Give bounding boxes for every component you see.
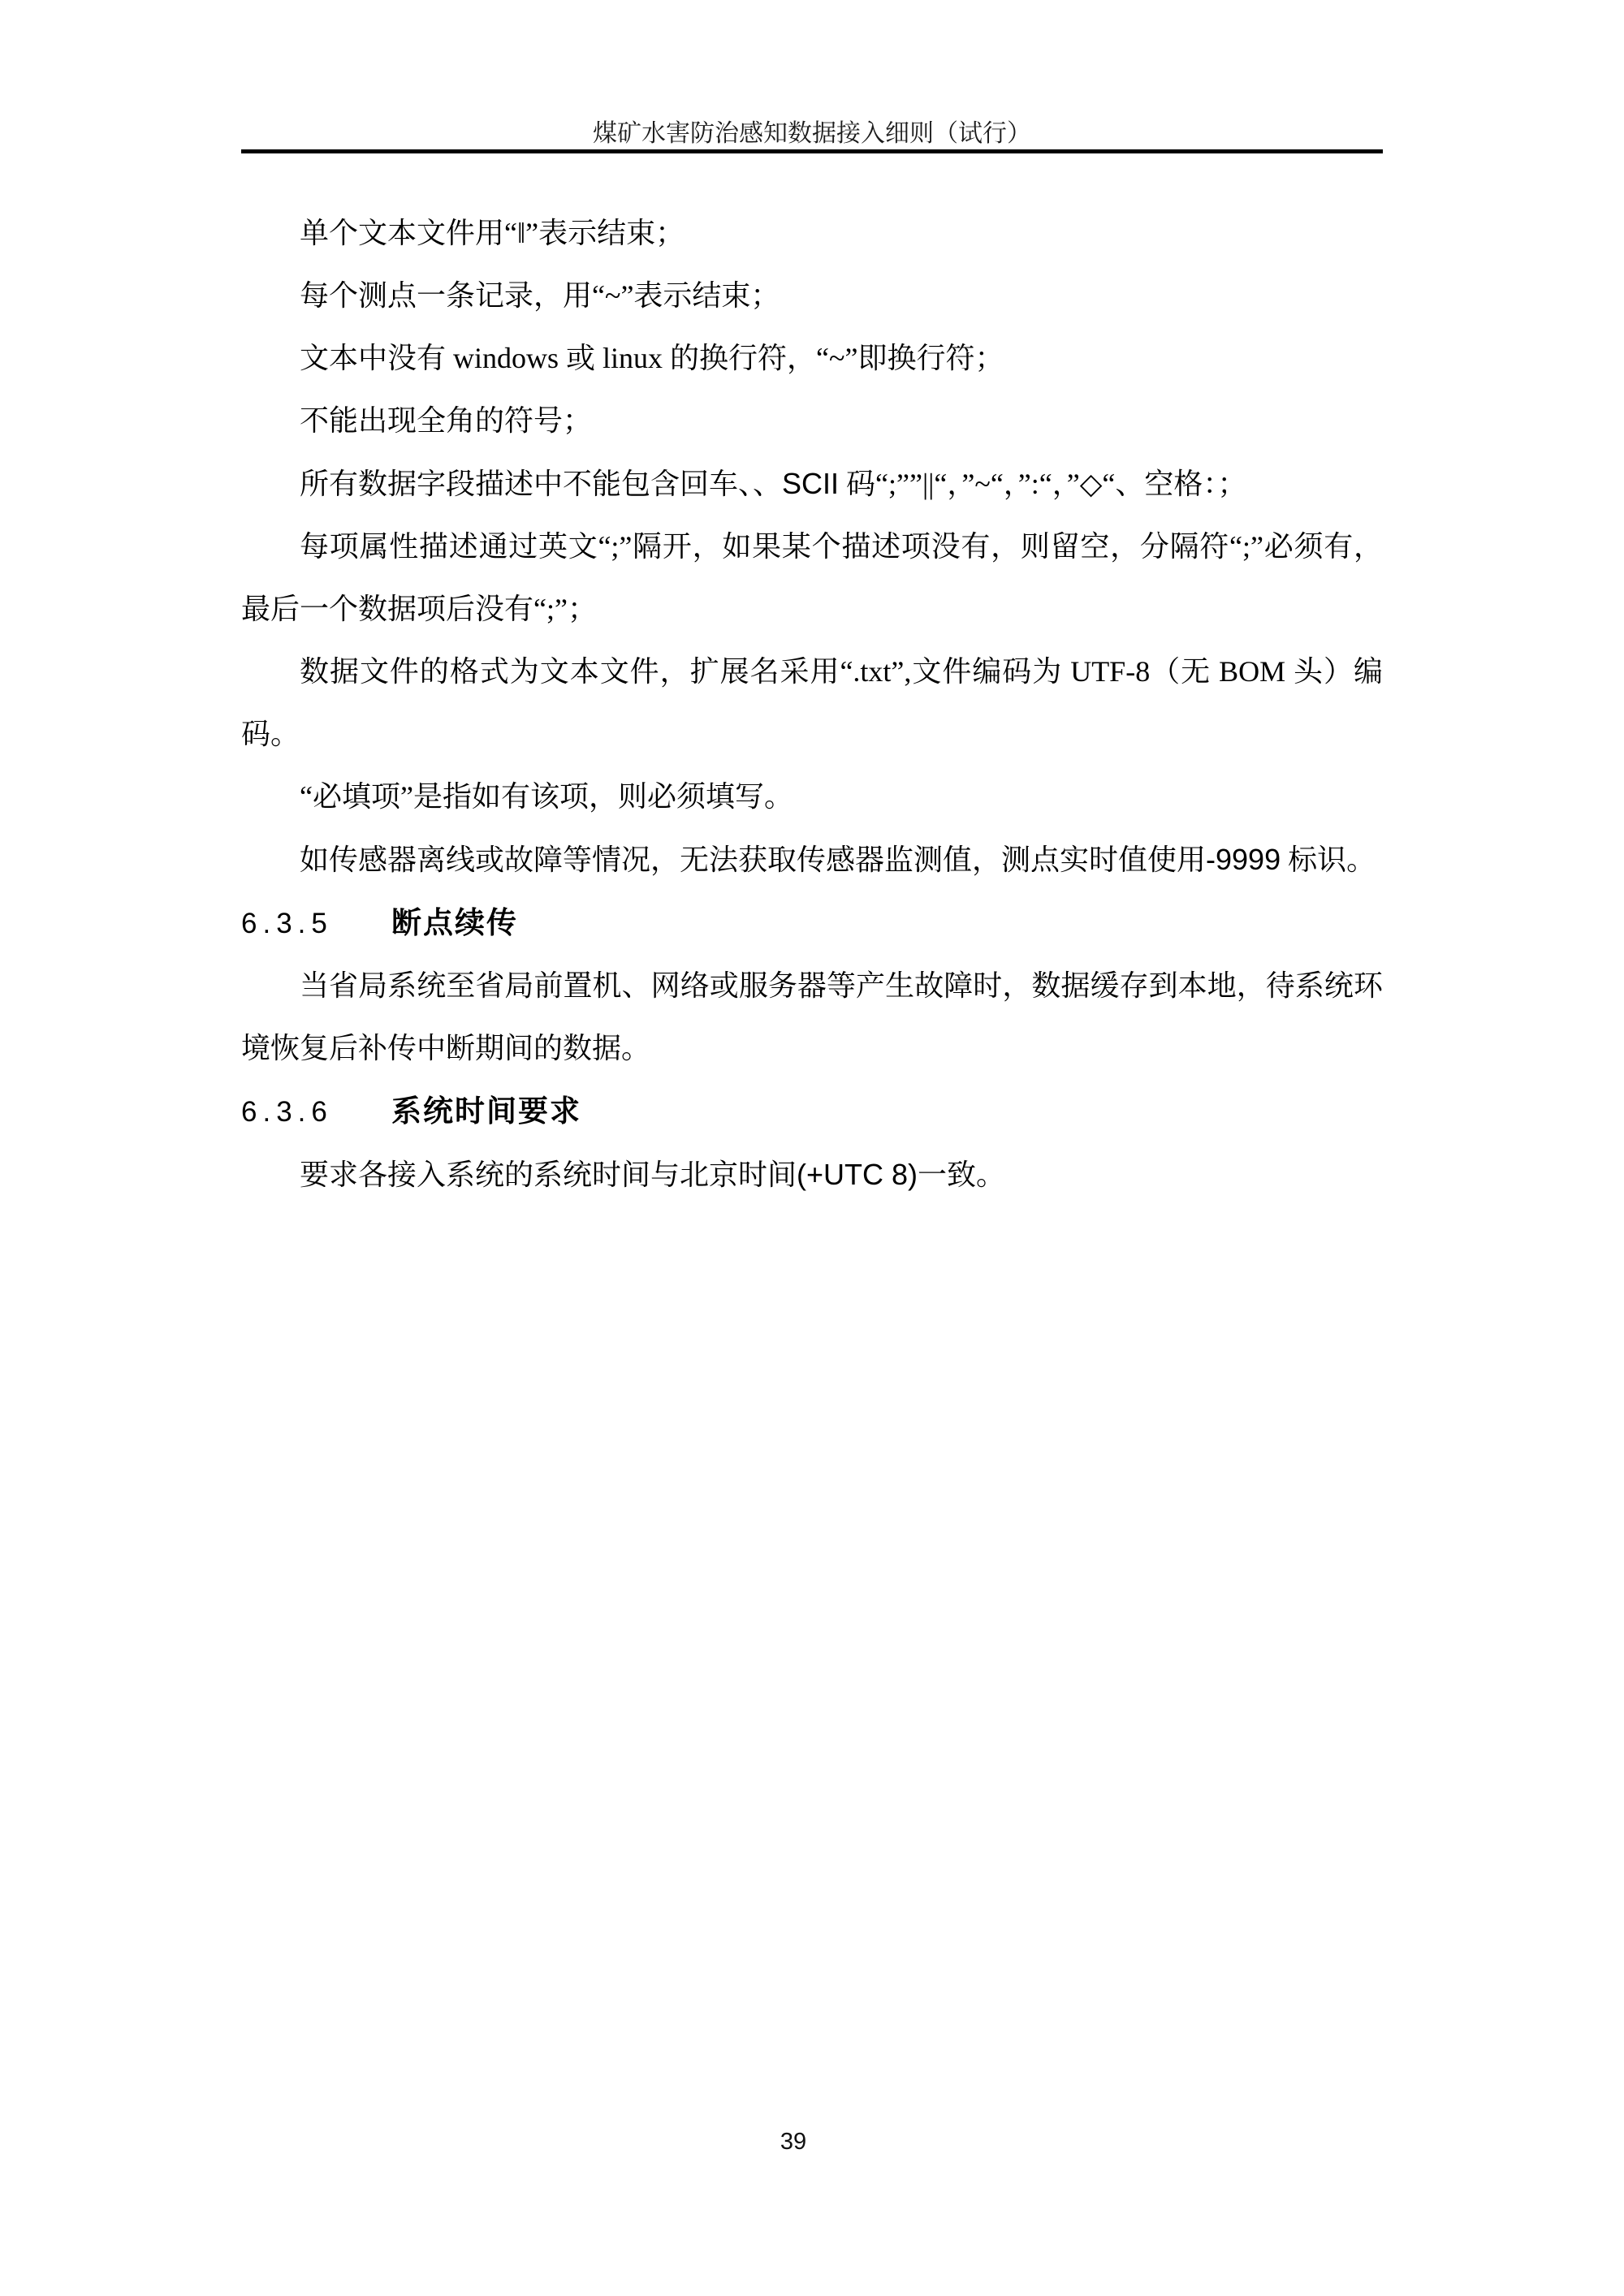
paragraph: 要求各接入系统的系统时间与北京时间(+UTC 8)一致。 [241, 1143, 1383, 1206]
text-run: 数据文件的格式为文本文件，扩展名采用“.txt”,文件编码为 UTF-8（无 B… [241, 655, 1383, 750]
section-heading: 6.3.5断点续传 [241, 891, 1383, 955]
text-run: 所有数据字段描述中不能包含回车、、 [300, 468, 782, 500]
paragraph: 每个测点一条记录，用“~”表示结束； [241, 265, 1383, 327]
text-run: 当省局系统至省局前置机、网络或服务器等产生故障时，数据缓存到本地，待系统环境恢复… [241, 969, 1383, 1064]
text-run: 每项属性描述通过英文“;”隔开，如果某个描述项没有，则留空，分隔符“;”必须有，… [241, 530, 1383, 625]
text-run: SCII [782, 467, 839, 500]
paragraph: 不能出现全角的符号； [241, 390, 1383, 452]
section-title: 断点续传 [391, 906, 518, 939]
section-heading: 6.3.6系统时间要求 [241, 1080, 1383, 1143]
paragraph: 如传感器离线或故障等情况，无法获取传感器监测值，测点实时值使用-9999 标识。 [241, 828, 1383, 891]
paragraph: 数据文件的格式为文本文件，扩展名采用“.txt”,文件编码为 UTF-8（无 B… [241, 641, 1383, 766]
page-number: 39 [241, 2129, 1345, 2156]
paragraph: 当省局系统至省局前置机、网络或服务器等产生故障时，数据缓存到本地，待系统环境恢复… [241, 955, 1383, 1080]
paragraph: 单个文本文件用“‖”表示结束； [241, 202, 1383, 265]
header-rule [241, 149, 1383, 153]
paragraph: “必填项”是指如有该项，则必须填写。 [241, 766, 1383, 828]
text-run: 单个文本文件用“‖”表示结束； [300, 217, 685, 249]
text-run: 一致。 [918, 1159, 1005, 1191]
text-run: (+UTC 8) [797, 1158, 918, 1191]
text-run: 标识。 [1281, 844, 1376, 876]
text-run: 文本中没有 windows 或 linux 的换行符，“~”即换行符； [300, 342, 1004, 374]
section-number: 6.3.5 [241, 892, 391, 955]
section-number: 6.3.6 [241, 1081, 391, 1143]
text-run: 不能出现全角的符号； [300, 404, 592, 437]
document-page: 煤矿水害防治感知数据接入细则（试行） 单个文本文件用“‖”表示结束；每个测点一条… [0, 0, 1624, 2296]
header-title: 煤矿水害防治感知数据接入细则（试行） [241, 119, 1383, 149]
text-run: 要求各接入系统的系统时间与北京时间 [300, 1159, 797, 1191]
text-run: 如传感器离线或故障等情况，无法获取传感器监测值，测点实时值使用 [300, 844, 1206, 876]
document-body: 单个文本文件用“‖”表示结束；每个测点一条记录，用“~”表示结束；文本中没有 w… [241, 202, 1383, 1206]
text-run: 码“;””||“，”~“，”:“，”◇“、空格：； [839, 468, 1246, 500]
text-run: 每个测点一条记录，用“~”表示结束； [300, 279, 780, 312]
section-title: 系统时间要求 [391, 1094, 581, 1128]
paragraph: 文本中没有 windows 或 linux 的换行符，“~”即换行符； [241, 327, 1383, 390]
paragraph: 所有数据字段描述中不能包含回车、、SCII 码“;””||“，”~“，”:“，”… [241, 452, 1383, 516]
paragraph: 每项属性描述通过英文“;”隔开，如果某个描述项没有，则留空，分隔符“;”必须有，… [241, 516, 1383, 641]
text-run: -9999 [1206, 843, 1281, 876]
text-run: “必填项”是指如有该项，则必须填写。 [300, 780, 793, 813]
